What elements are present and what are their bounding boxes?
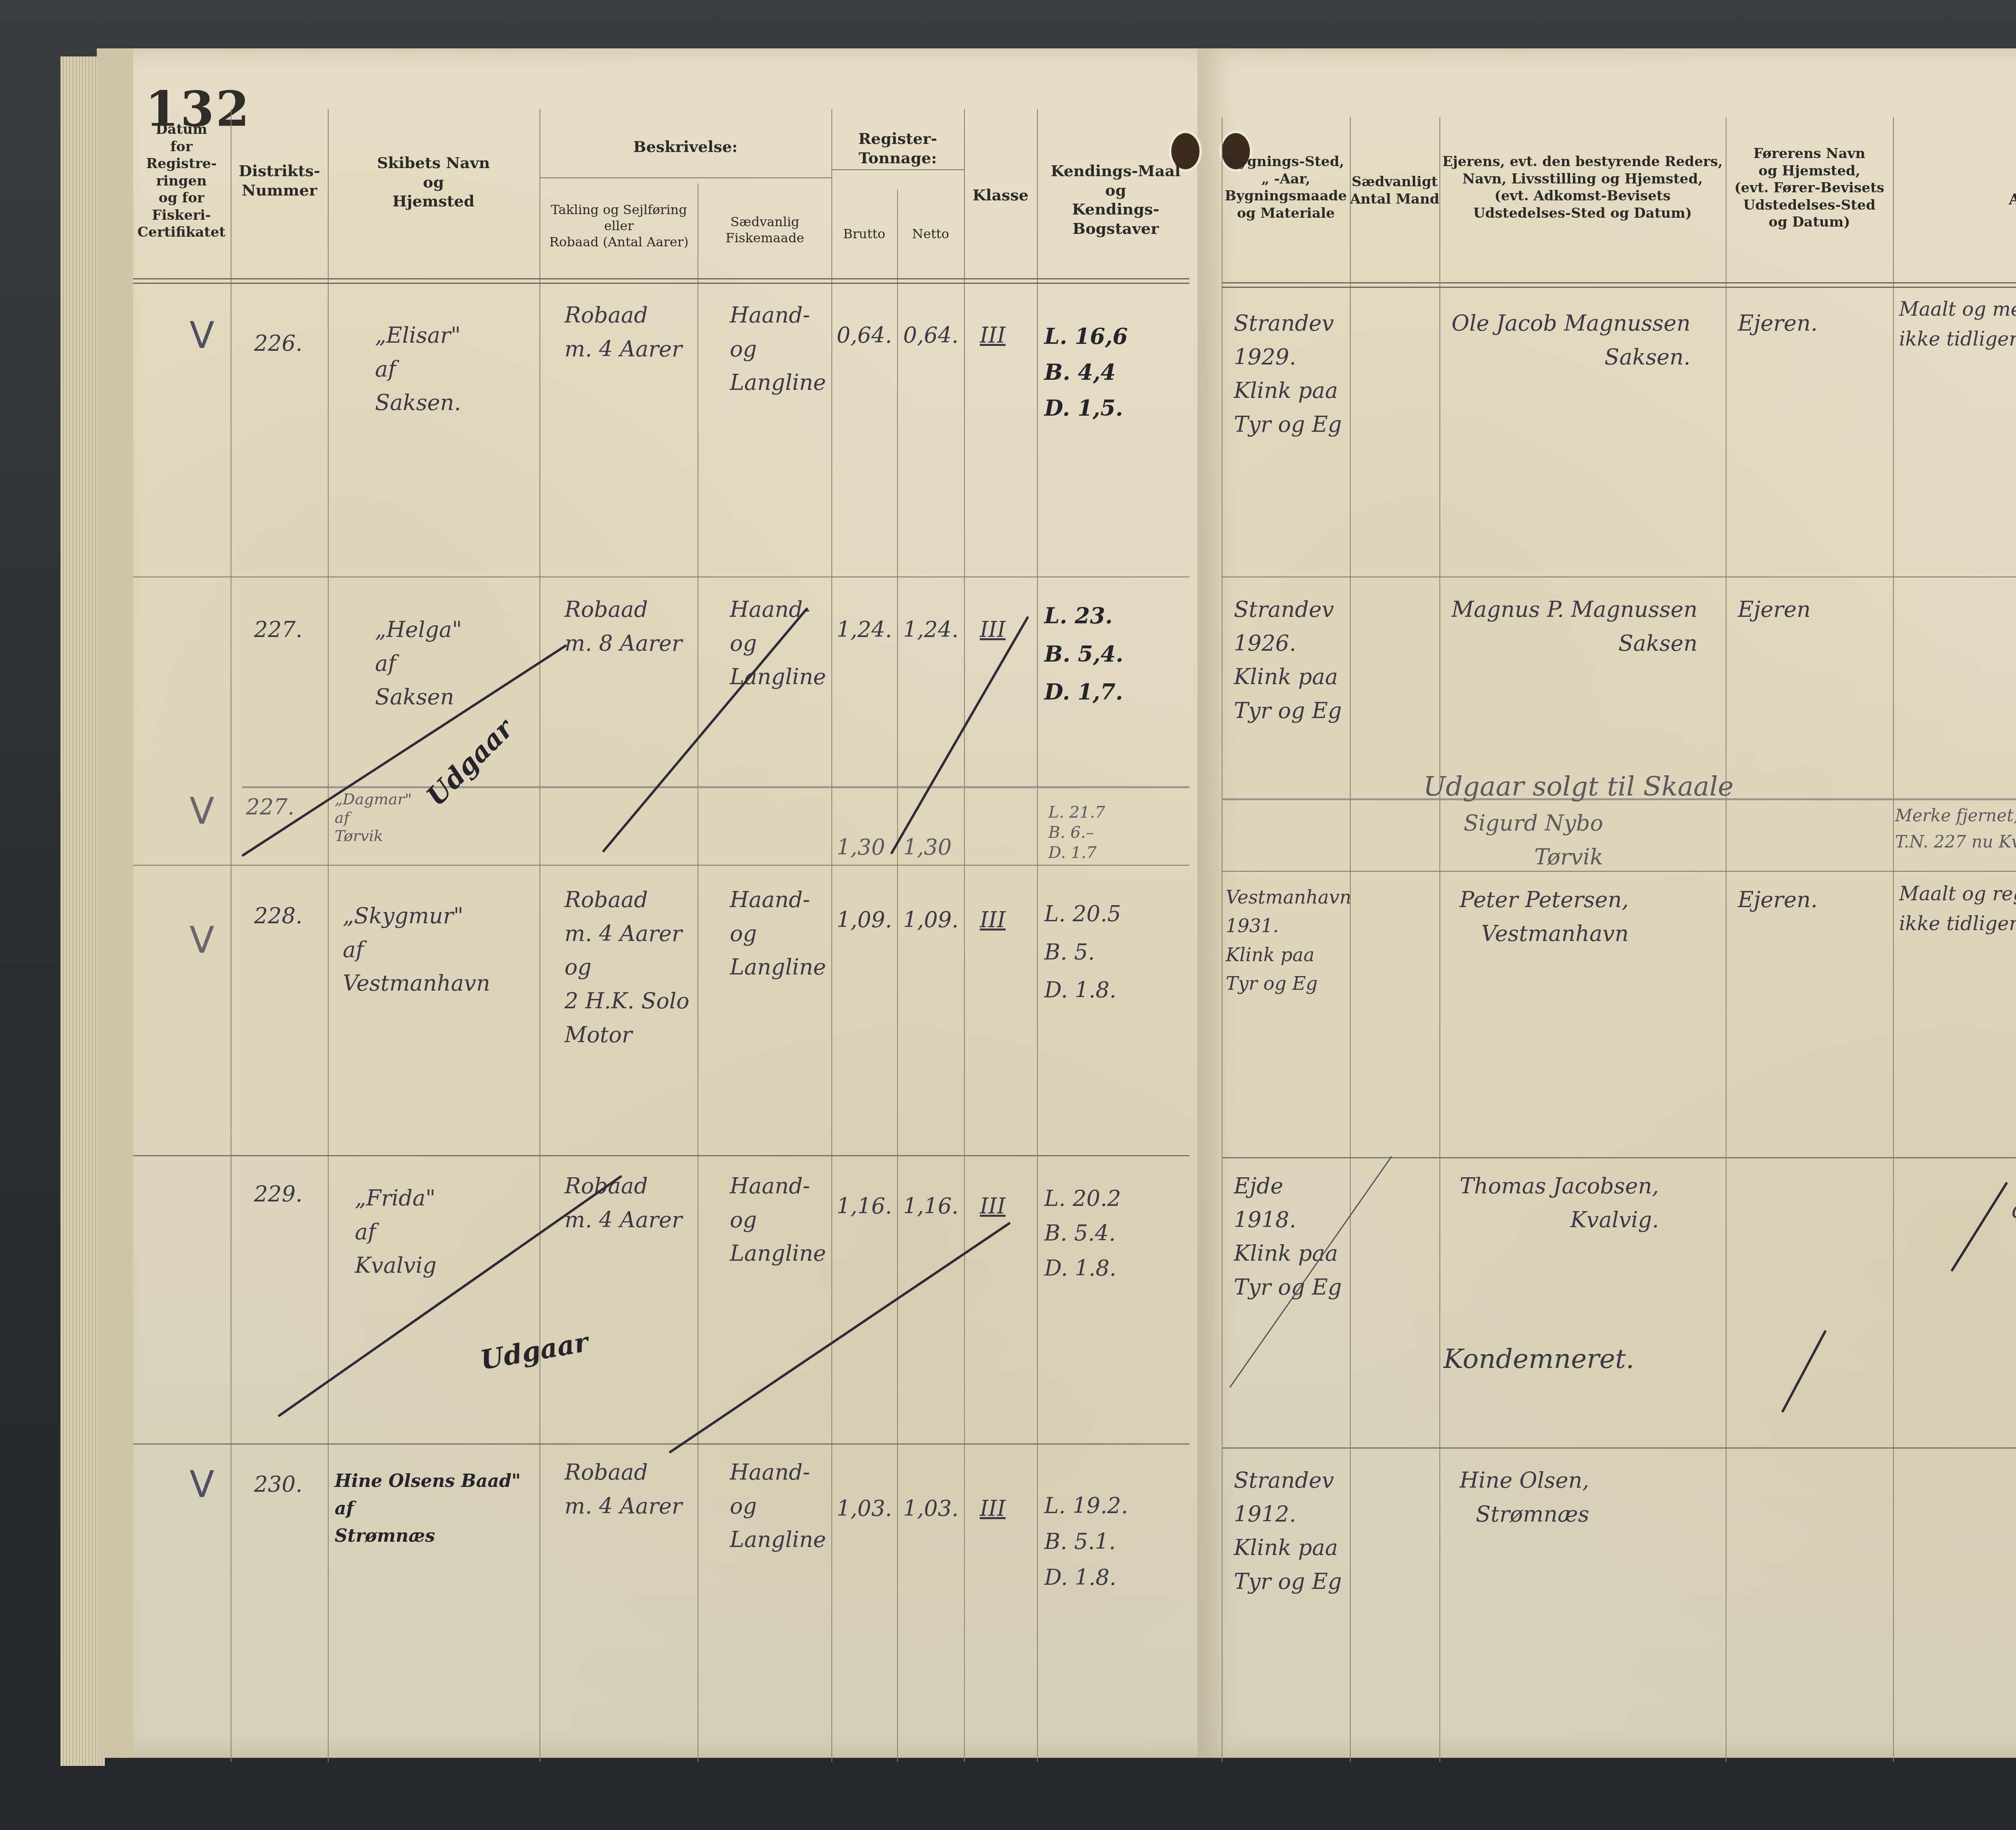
tonnage-rule	[831, 169, 964, 170]
rig-description: Robaad m. 4 Aarer og 2 H.K. Solo Motor	[564, 883, 689, 1051]
rig-description: Robaad m. 4 Aarer	[564, 298, 682, 366]
entry-number: 229.	[254, 1177, 302, 1211]
brutto-tonnage: 0,64.	[837, 319, 892, 352]
klasse: III	[980, 1189, 1006, 1223]
netto-tonnage: 0,64.	[903, 319, 958, 352]
owner: Sigurd Nybo Tørvik	[1464, 806, 1603, 874]
fishing-method: Haand- og Langline	[730, 298, 826, 400]
entry-number: 227.	[246, 790, 294, 824]
checkmark: V	[190, 314, 215, 357]
owner: Thomas Jacobsen, Kvalvig.	[1460, 1169, 1659, 1237]
col-rule	[897, 189, 898, 1762]
fishing-method: Haand- og Langline	[730, 883, 826, 984]
header-rule-right	[1222, 282, 2016, 288]
entry-number: 227.	[254, 613, 302, 647]
header-ejerens: Ejerens, evt. den bestyrende Reders, Nav…	[1439, 153, 1726, 222]
pencil-row-rule	[242, 786, 1189, 788]
checkmark: V	[190, 919, 215, 962]
measures: L. 20.5 B. 5. D. 1.8.	[1044, 895, 1121, 1010]
row-rule	[133, 1443, 1189, 1445]
header-distrikts: Distrikts- Nummer	[232, 161, 327, 200]
brutto-tonnage: 1,09.	[837, 903, 892, 937]
building: Strandev 1926. Klink paa Tyr og Eg	[1234, 593, 1342, 728]
netto-tonnage: 1,16.	[903, 1189, 958, 1223]
col-rule	[231, 109, 231, 1762]
owner: Hine Olsen, Strømnæs	[1460, 1464, 1589, 1531]
header-antal: Sædvanligt Antal Mand	[1350, 173, 1439, 208]
header-bygnings: Bygnings-Sted, „ -Aar, Bygningsmaade og …	[1222, 153, 1350, 222]
brutto-tonnage: 1,16.	[837, 1189, 892, 1223]
col-rule	[1726, 117, 1727, 1762]
header-netto: Netto	[897, 226, 964, 242]
ship-name: „Elisar" af Saksen.	[375, 319, 461, 420]
col-rule	[539, 109, 540, 1762]
master: Ejeren.	[1738, 306, 1818, 340]
entry-number: 228.	[254, 899, 302, 933]
checkmark: V	[190, 790, 215, 833]
measures: L. 23. B. 5,4. D. 1,7.	[1044, 597, 1123, 711]
col-rule	[964, 109, 965, 1762]
measures: L. 20.2 B. 5.4. D. 1.8.	[1044, 1181, 1121, 1286]
klasse: III	[980, 613, 1006, 647]
header-saedvanlig: Sædvanlig Fiskemaade	[698, 214, 831, 246]
ship-name: Hine Olsens Baad" af Strømnæs	[335, 1468, 521, 1550]
remarks: Maalt og merket i 1932. ikke tidligere r…	[1899, 294, 2016, 354]
building: Vestmanhavn 1931. Klink paa Tyr og Eg	[1226, 883, 1352, 998]
col-rule	[328, 109, 329, 1762]
entry-number: 226.	[254, 327, 302, 360]
ship-name: „Skygmur" af Vestmanhavn	[343, 899, 490, 1000]
fishing-method: Haand- og Langline	[730, 1455, 826, 1557]
header-brutto: Brutto	[831, 226, 897, 242]
netto-tonnage: 1,24.	[903, 613, 958, 647]
brutto-tonnage: 1,24.	[837, 613, 892, 647]
transfer-note: Udgaar solgt til Skaale	[1423, 766, 1734, 807]
col-rule	[1893, 117, 1894, 1762]
header-forerens: Førerens Navn og Hjemsted, (evt. Fører-B…	[1726, 145, 1893, 231]
col-rule	[1222, 117, 1223, 1762]
owner-note: Kondemneret.	[1443, 1339, 1634, 1380]
klasse: III	[980, 903, 1006, 937]
remarks: Maalt og registreret i 1931. ikke tidlig…	[1899, 879, 2016, 939]
rig-description: Robaad m. 8 Aarer	[564, 593, 682, 660]
netto-tonnage: 1,09.	[903, 903, 958, 937]
row-rule	[1222, 1157, 2016, 1158]
col-rule	[1439, 117, 1440, 1762]
rig-description: Robaad m. 4 Aarer	[564, 1455, 682, 1523]
row-rule	[1222, 577, 2016, 577]
ship-name: „Frida" af Kvalvig	[355, 1181, 437, 1282]
building: Strandev 1929. Klink paa Tyr og Eg	[1234, 306, 1342, 441]
checkmark: V	[190, 1464, 215, 1506]
col-rule	[1037, 109, 1038, 1762]
header-beskrivelse: Beskrivelse:	[539, 137, 831, 156]
header-datum: Datum for Registre- ringen og for Fisker…	[133, 121, 230, 241]
ship-name: „Dagmar" af Tørvik	[335, 790, 412, 845]
beskrivelse-rule	[539, 177, 831, 178]
row-rule	[1222, 871, 2016, 872]
owner: Peter Petersen, Vestmanhavn	[1460, 883, 1629, 950]
row-rule	[133, 1155, 1189, 1156]
header-skibets: Skibets Navn og Hjemsted	[329, 153, 538, 211]
measures: L. 19.2. B. 5.1. D. 1.8.	[1044, 1488, 1128, 1595]
klasse: III	[980, 319, 1006, 352]
row-rule	[133, 577, 1189, 577]
building: Ejde 1918. Klink paa Tyr og Eg	[1234, 1169, 1342, 1304]
brutto-tonnage: 1,03.	[837, 1492, 892, 1526]
header-kendings: Kendings-Maal og Kendings-Bogstaver	[1037, 161, 1194, 238]
entry-number: 230.	[254, 1468, 302, 1501]
header-anmaerkninger: Anmærkninger	[1893, 189, 2016, 209]
measures: L. 16,6 B. 4,4 D. 1,5.	[1044, 319, 1128, 426]
ship-name: „Helga" af Saksen	[375, 613, 462, 714]
netto-tonnage: 1,30	[903, 831, 952, 864]
col-rule	[698, 183, 698, 1762]
row-rule	[133, 865, 1189, 866]
header-rule-left	[133, 278, 1189, 284]
master: Ejeren.	[1738, 883, 1818, 917]
owner: Ole Jacob Magnussen Saksen.	[1452, 306, 1691, 374]
building: Strandev 1912. Klink paa Tyr og Eg	[1234, 1464, 1342, 1599]
fishing-method: Haand- og Langline	[730, 1169, 826, 1270]
remarks: do	[2012, 1193, 2016, 1227]
header-klasse: Klasse	[964, 185, 1037, 205]
header-takling: Takling og Sejlføring eller Robaad (Anta…	[540, 202, 698, 250]
header-register-tonnage: Register- Tonnage:	[831, 129, 964, 167]
remarks: Merke fjernet, merket T.N. 227 nu Kvinnh…	[1895, 802, 2016, 855]
measures: L. 21.7 B. 6.– D. 1.7	[1048, 802, 1105, 863]
master: Ejeren	[1738, 593, 1811, 627]
owner: Magnus P. Magnussen Saksen	[1452, 593, 1697, 660]
row-rule	[1222, 1447, 2016, 1449]
netto-tonnage: 1,03.	[903, 1492, 958, 1526]
brutto-tonnage: 1,30	[837, 831, 885, 864]
col-rule	[831, 109, 832, 1762]
klasse: III	[980, 1492, 1006, 1526]
